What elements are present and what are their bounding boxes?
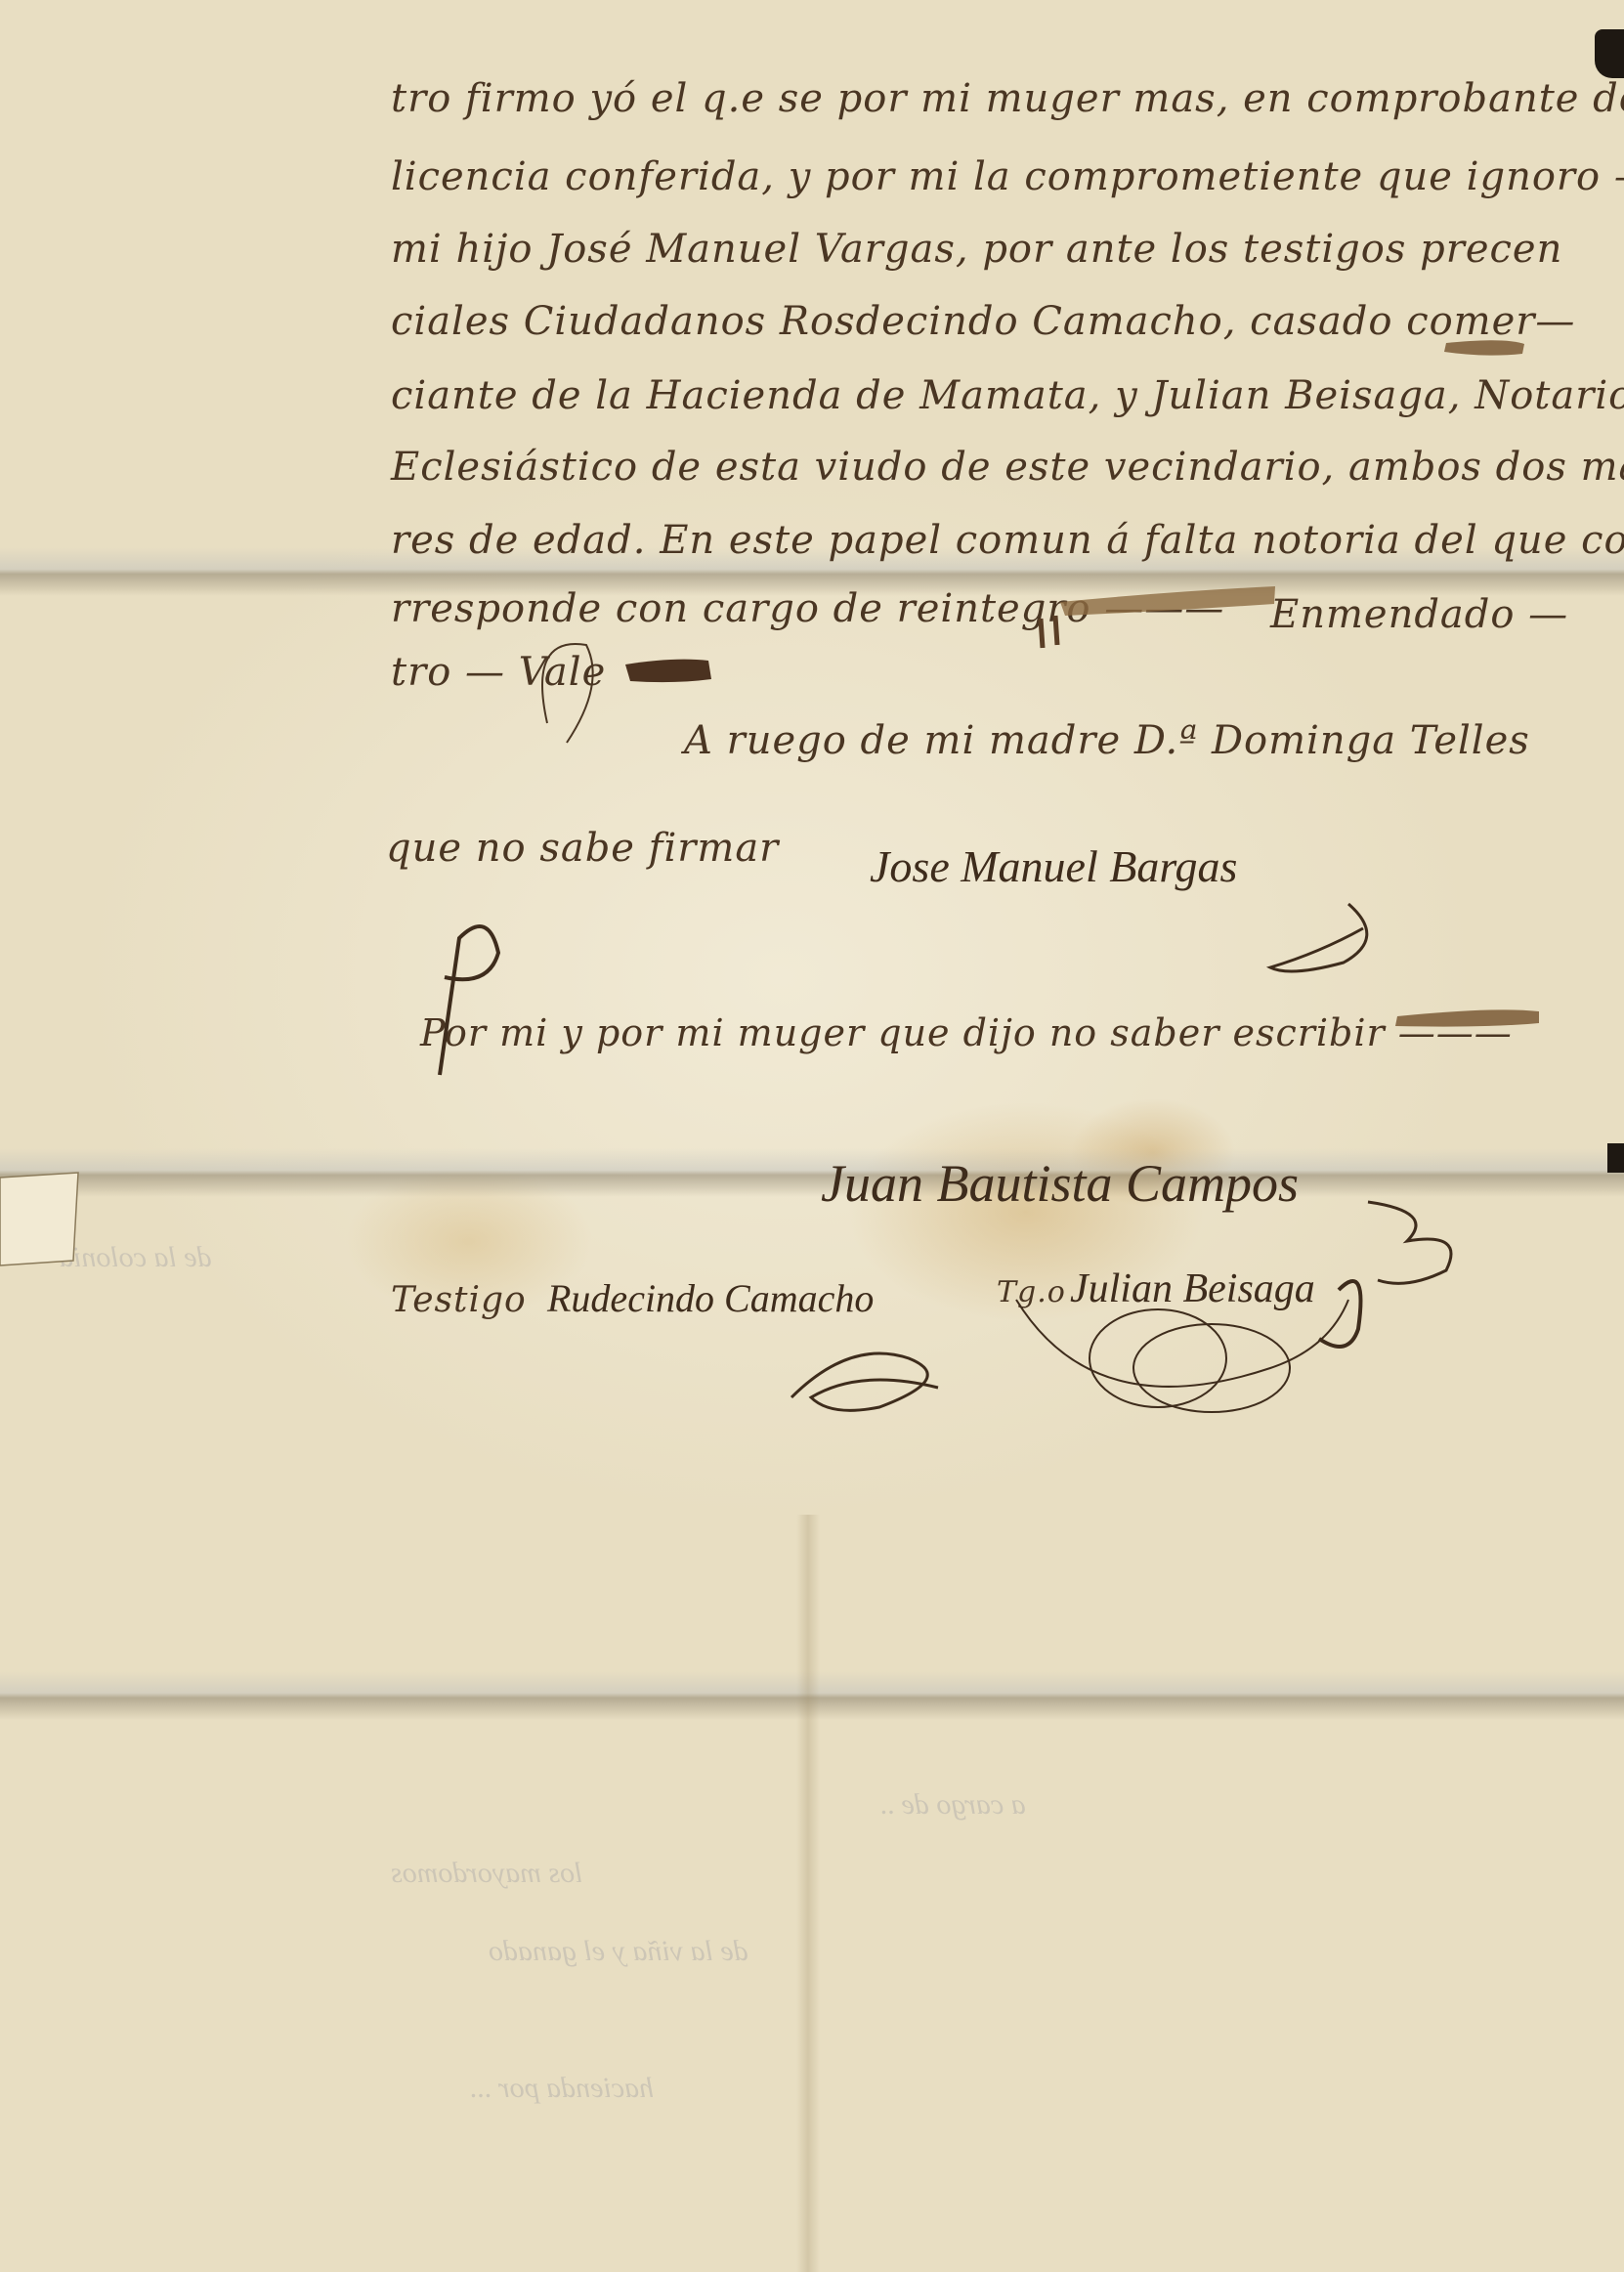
vale-note: tro — Vale	[391, 650, 606, 695]
signature-jose-manuel-bargas: Jose Manuel Bargas	[870, 840, 1237, 892]
witness-label-abbrev: Tg.o	[997, 1275, 1066, 1309]
signature-juan-bautista-campos: Juan Bautista Campos	[821, 1153, 1299, 1214]
fold-crease-middle	[0, 1148, 1624, 1197]
fold-crease-vertical	[796, 1515, 820, 2272]
body-line-8: rresponde con cargo de reintegro ———	[391, 586, 1224, 631]
body-line-4: ciales Ciudadanos Rosdecindo Camacho, ca…	[391, 299, 1575, 344]
body-line-6: Eclesiástico de esta viudo de este vecin…	[391, 445, 1624, 490]
emendation-note: Enmendado —	[1270, 592, 1568, 637]
body-line-3: mi hijo José Manuel Vargas, por ante los…	[391, 227, 1562, 272]
body-line-2: licencia conferida, y por mi la comprome…	[391, 154, 1624, 199]
bleed-through-text: de la colonia	[59, 1241, 212, 1274]
attestation-line-1: A ruego de mi madre D.ª Dominga Telles	[684, 718, 1530, 763]
body-line-7: res de edad. En este papel comun á falta…	[391, 518, 1624, 563]
signature-julian-beisaga: Julian Beisaga	[1070, 1265, 1315, 1312]
torn-edge	[1607, 1143, 1624, 1173]
declaration-line: Por mi y por mi muger que dijo no saber …	[420, 1011, 1513, 1054]
bleed-through-text: a cargo de ..	[879, 1788, 1026, 1822]
bleed-through-text: los mayordomos	[391, 1857, 582, 1890]
torn-edge	[1595, 29, 1624, 78]
signature-rudecindo-camacho: Rudecindo Camacho	[547, 1275, 874, 1321]
body-line-5: ciante de la Hacienda de Mamata, y Julia…	[391, 373, 1624, 418]
body-line-1: tro firmo yó el q.e se por mi muger mas,…	[391, 76, 1624, 121]
witness-label: Testigo	[391, 1280, 527, 1320]
bleed-through-text: de la viña y el ganado	[489, 1935, 748, 1968]
attestation-line-2: que no sabe firmar	[386, 826, 779, 871]
bleed-through-text: hacienda por ...	[469, 2072, 654, 2105]
